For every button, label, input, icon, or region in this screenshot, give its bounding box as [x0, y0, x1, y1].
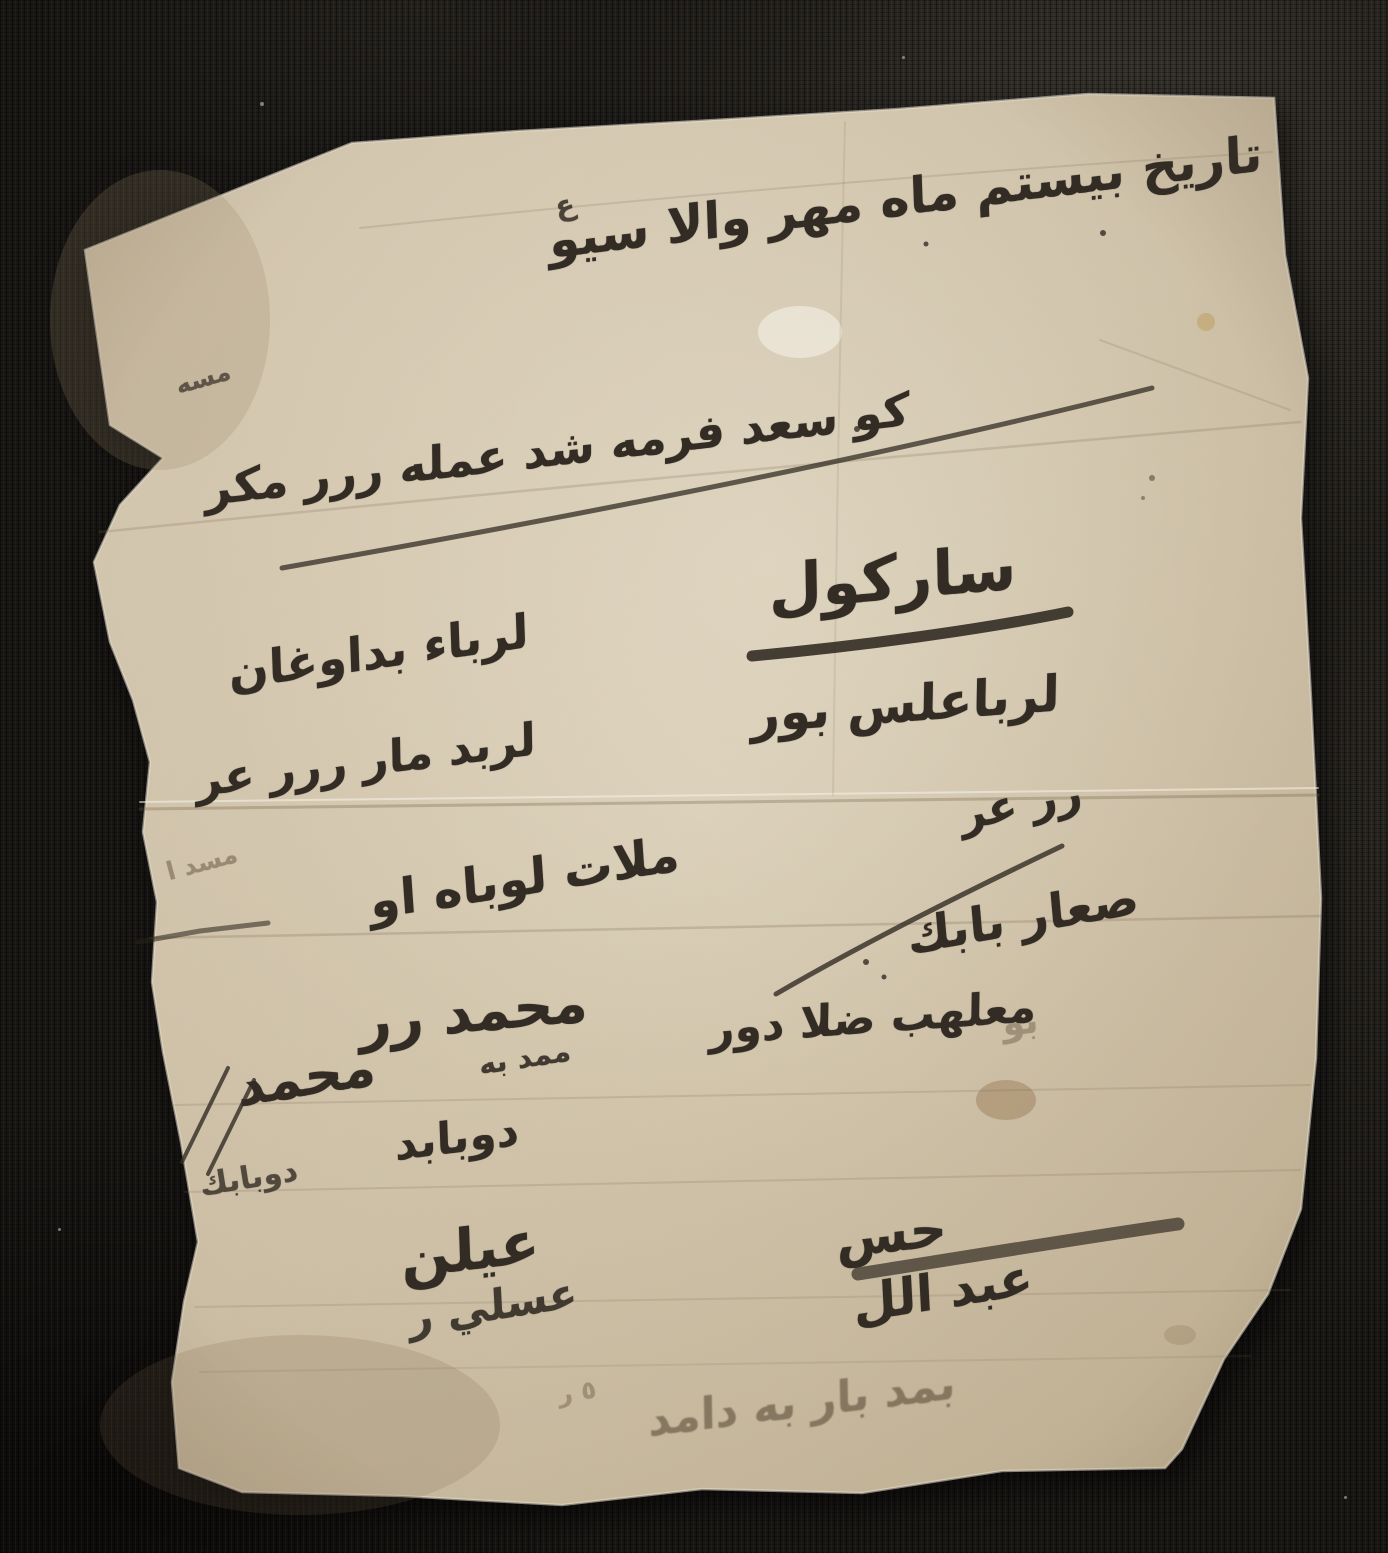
script-mark-faded: ٥ ر	[556, 1375, 598, 1409]
photo-stage: تاريخ بيستم ماه مهر والا سيو ع كو سعد فر…	[0, 0, 1388, 1553]
script-line-17: حس	[836, 1198, 947, 1270]
